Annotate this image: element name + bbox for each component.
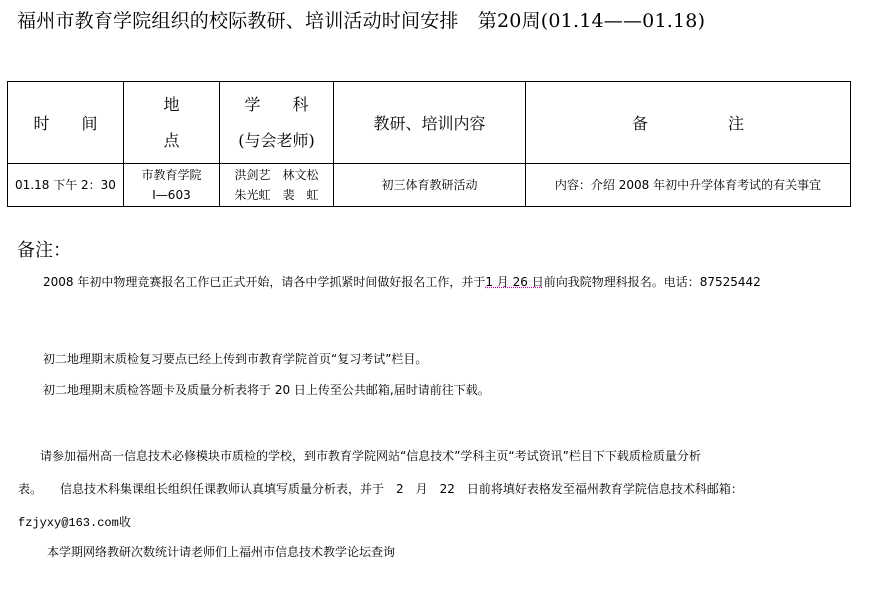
remark-paragraph-geo-answer: 初二地理期末质检答题卡及质量分析表将于 20 日上传至公共邮箱,届时请前往下载。: [43, 381, 490, 398]
cell-content: 初三体育教研活动: [334, 164, 526, 207]
page-title: 福州市教育学院组织的校际教研、培训活动时间安排 第20周(01.14——01.1…: [17, 6, 705, 33]
table-header-row: 时 间 地 点 学 科 (与会老师) 教研、培训内容 备 注: [8, 82, 851, 164]
email-suffix: 收: [119, 515, 131, 529]
header-content: 教研、培训内容: [334, 82, 526, 164]
email-link[interactable]: fzjyxy@163.com: [18, 516, 119, 530]
remark-paragraph-it-line2: 表。 信息技术科集课组长组织任课教师认真填写质量分析表，并于 2 月 22 日前…: [18, 480, 743, 497]
header-subject-line1: 学 科: [220, 87, 333, 123]
remark-paragraph-physics: 2008 年初中物理竞赛报名工作已正式开始，请各中学抓紧时间做好报名工作，并于1…: [43, 273, 761, 290]
remark-paragraph-forum: 本学期网络教研次数统计请老师们上福州市信息技术教学论坛查询: [47, 543, 395, 560]
remark-physics-text-b: 前向我院物理科报名。电话：87525442: [544, 275, 761, 289]
cell-teachers-line2: 朱光虹 裴 虹: [220, 185, 333, 205]
cell-place-line2: Ⅰ—603: [124, 185, 219, 205]
remark-paragraph-it-line1: 请参加福州高一信息技术必修模块市质检的学校，到市教育学院网站“信息技术”学科主页…: [40, 447, 701, 464]
table-row: 01.18 下午 2：30 市教育学院 Ⅰ—603 洪剑艺 林文松 朱光虹 裴 …: [8, 164, 851, 207]
cell-place: 市教育学院 Ⅰ—603: [124, 164, 220, 207]
header-place-line2: 点: [124, 123, 219, 159]
header-subject-line2: (与会老师): [220, 123, 333, 159]
cell-remark: 内容：介绍 2008 年初中升学体育考试的有关事宜: [526, 164, 851, 207]
remark-physics-date: 1 月 26 日: [485, 275, 543, 289]
cell-time: 01.18 下午 2：30: [8, 164, 124, 207]
cell-teachers-line1: 洪剑艺 林文松: [220, 165, 333, 185]
header-subject: 学 科 (与会老师): [220, 82, 334, 164]
remark-physics-text-a: 2008 年初中物理竞赛报名工作已正式开始，请各中学抓紧时间做好报名工作，并于: [43, 275, 485, 289]
header-remark: 备 注: [526, 82, 851, 164]
cell-place-line1: 市教育学院: [124, 165, 219, 185]
header-place: 地 点: [124, 82, 220, 164]
cell-teachers: 洪剑艺 林文松 朱光虹 裴 虹: [220, 164, 334, 207]
header-time: 时 间: [8, 82, 124, 164]
remark-paragraph-it-email: fzjyxy@163.com收: [18, 513, 131, 530]
schedule-table: 时 间 地 点 学 科 (与会老师) 教研、培训内容 备 注 01.18 下午 …: [7, 81, 851, 207]
remark-paragraph-geo-review: 初二地理期末质检复习要点已经上传到市教育学院首页“复习考试”栏目。: [43, 350, 427, 367]
remarks-heading: 备注：: [17, 236, 71, 262]
header-place-line1: 地: [124, 87, 219, 123]
